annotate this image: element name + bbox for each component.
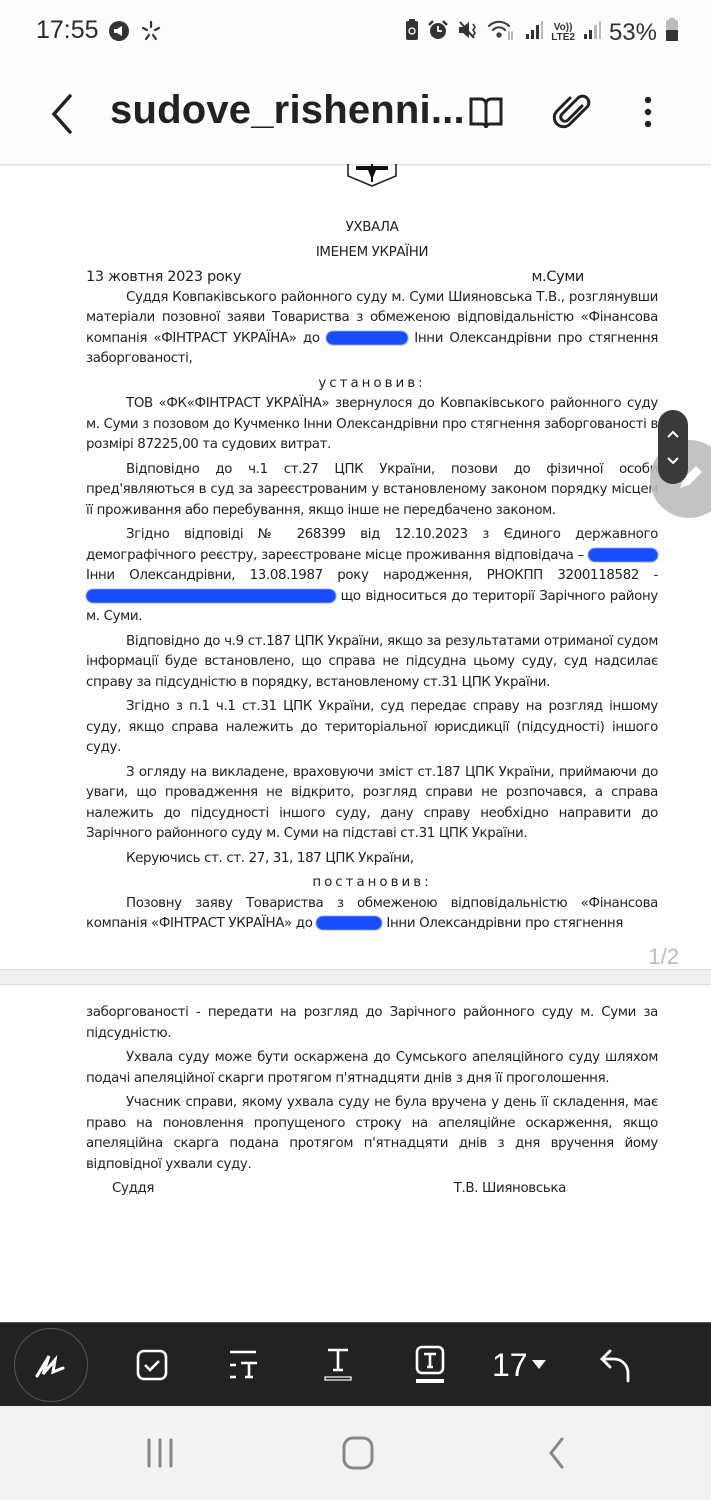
battery-percent: 53%	[609, 19, 657, 47]
doc-title: УХВАЛА	[86, 218, 658, 239]
page-separator	[0, 969, 711, 985]
document-text-page-1: УХВАЛА ІМЕНЕМ УКРАЇНИ 13 жовтня 2023 рок…	[86, 218, 658, 935]
text-frame-tool-button[interactable]	[408, 1341, 452, 1389]
text-underline-tool-button[interactable]	[316, 1341, 360, 1389]
doc-paragraph: Ухвала суду може бути оскаржена до Сумсь…	[86, 1048, 658, 1089]
book-icon	[466, 92, 506, 132]
redaction-mark	[588, 548, 658, 562]
text-underline-icon	[321, 1346, 355, 1384]
signature-row: Суддя Т.В. Шияновська	[86, 1179, 658, 1200]
text-lines-icon	[226, 1348, 262, 1382]
doc-paragraph: Керуючись ст. ст. 27, 31, 187 ЦПК Україн…	[86, 849, 658, 870]
sparkle-icon	[140, 20, 162, 47]
page-scroll-control[interactable]	[658, 410, 688, 484]
undo-icon	[598, 1347, 634, 1383]
checkbox-tool-button[interactable]	[130, 1341, 174, 1389]
chevron-down-icon[interactable]	[666, 456, 680, 466]
battery-saver-icon	[405, 19, 419, 46]
chevron-up-icon[interactable]	[666, 429, 680, 439]
mute-icon	[457, 19, 479, 46]
doc-date-row: 13 жовтня 2023 року м.Суми	[86, 267, 658, 288]
system-nav-bar	[0, 1406, 711, 1500]
chevron-left-icon	[44, 90, 80, 138]
caret-down-icon	[532, 1360, 546, 1370]
status-time: 17:55	[36, 16, 99, 45]
doc-intro: Суддя Ковпаківського районного суду м. С…	[86, 288, 658, 370]
document-page-2[interactable]: заборгованості - передати на розгляд до …	[0, 985, 711, 1322]
redaction-mark	[326, 331, 408, 345]
signal-icon-2	[583, 19, 601, 46]
ruled-heading: постановив:	[86, 873, 658, 894]
home-icon	[341, 1436, 375, 1470]
draw-tool-button[interactable]	[14, 1328, 88, 1402]
document-title: sudove_rishenni...	[110, 88, 465, 133]
doc-subtitle: ІМЕНЕМ УКРАЇНИ	[86, 243, 658, 264]
signature-icon	[33, 1350, 69, 1380]
doc-paragraph: заборгованості - передати на розгляд до …	[86, 1003, 658, 1044]
doc-city: м.Суми	[531, 267, 584, 288]
signature-role: Суддя	[112, 1179, 154, 1200]
doc-paragraph: Учасник справи, якому ухвала суду не бул…	[86, 1093, 658, 1175]
volte-icon: Vo))LTE2	[551, 23, 575, 43]
doc-paragraph: Позовну заяву Товариства з обмеженою від…	[86, 894, 658, 935]
established-heading: установив:	[86, 374, 658, 395]
undo-button[interactable]	[594, 1341, 638, 1389]
back-arrow-icon	[546, 1436, 568, 1470]
document-page-1[interactable]: УХВАЛА ІМЕНЕМ УКРАЇНИ 13 жовтня 2023 рок…	[0, 166, 711, 969]
doc-paragraph: Відповідно до ч.1 ст.27 ЦПК України, поз…	[86, 460, 658, 522]
doc-paragraph: Відповідно до ч.9 ст.187 ЦПК України, як…	[86, 632, 658, 694]
back-button[interactable]	[44, 90, 80, 138]
doc-paragraph: З огляду на викладене, враховуючи зміст …	[86, 763, 658, 845]
status-right-icons: Vo))LTE2 53%	[405, 18, 679, 47]
document-text-page-2: заборгованості - передати на розгляд до …	[86, 1003, 658, 1200]
paperclip-icon	[552, 92, 592, 132]
more-vertical-icon	[628, 92, 668, 132]
doc-paragraph: ТОВ «ФК«ФІНТРАСТ УКРАЇНА» звернулося до …	[86, 394, 658, 456]
checkbox-icon	[135, 1348, 169, 1382]
font-size-value: 17	[492, 1347, 528, 1384]
coat-of-arms-icon	[346, 164, 398, 188]
doc-paragraph: Згідно відповіді № 268399 від 12.10.2023…	[86, 525, 658, 628]
recent-apps-icon	[144, 1437, 176, 1469]
redaction-mark	[86, 589, 336, 603]
annotation-toolbar: 17	[0, 1322, 711, 1406]
status-left-icons	[108, 20, 162, 47]
battery-icon	[665, 18, 679, 47]
text-frame-icon	[413, 1345, 447, 1385]
attachment-button[interactable]	[548, 88, 596, 136]
reading-mode-button[interactable]	[462, 88, 510, 136]
more-options-button[interactable]	[624, 88, 672, 136]
signature-name: Т.В. Шияновська	[454, 1179, 566, 1200]
home-button[interactable]	[338, 1436, 378, 1470]
doc-date: 13 жовтня 2023 року	[86, 267, 241, 288]
megaphone-icon	[108, 20, 130, 47]
wifi-icon	[487, 19, 517, 46]
status-bar: 17:55 Vo))LTE2 53%	[0, 0, 711, 66]
app-bar: sudove_rishenni...	[0, 66, 711, 165]
font-size-dropdown[interactable]: 17	[492, 1341, 546, 1389]
recent-apps-button[interactable]	[140, 1436, 180, 1470]
redaction-mark	[316, 916, 382, 930]
doc-paragraph: Згідно з п.1 ч.1 ст.31 ЦПК України, суд …	[86, 697, 658, 759]
text-lines-tool-button[interactable]	[222, 1341, 266, 1389]
signal-icon	[525, 19, 543, 46]
page-indicator: 1/2	[648, 944, 679, 970]
alarm-icon	[427, 19, 449, 46]
nav-back-button[interactable]	[540, 1436, 574, 1470]
